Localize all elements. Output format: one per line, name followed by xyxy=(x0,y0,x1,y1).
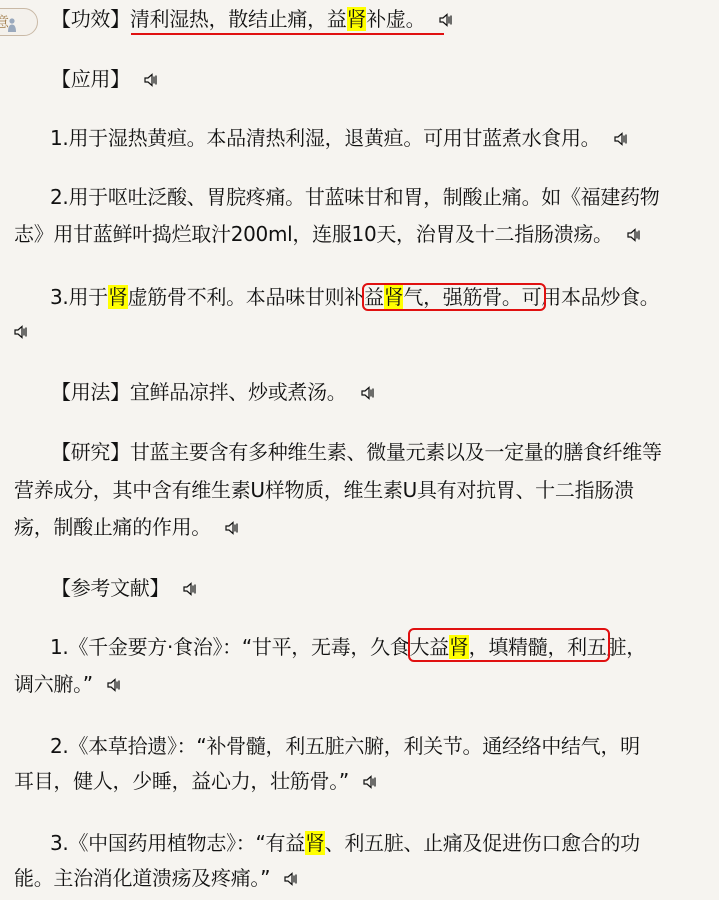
red-underline xyxy=(131,33,444,35)
application-item-2-line-1: 2.用于呕吐泛酸、胃脘疼痛。甘蓝味甘和胃，制酸止痛。如《福建药物 xyxy=(50,183,659,211)
application-item-3: 3.用于肾虚筋骨不利。本品味甘则补益肾气，强筋骨。可用本品炒食。 xyxy=(50,283,660,311)
speaker-icon[interactable] xyxy=(14,325,28,339)
section-yongfa: 【用法】宜鲜品凉拌、炒或煮汤。 xyxy=(51,378,375,406)
speaker-icon[interactable] xyxy=(284,872,298,886)
item-text: 1.用于湿热黄疸。本品清热利湿，退黄疸。可用甘蓝煮水食用。 xyxy=(50,126,600,150)
reference-3-line-2: 能。主治消化道溃疡及疼痛。” xyxy=(14,864,298,892)
speaker-icon[interactable] xyxy=(361,386,375,400)
gongxiao-text-post: 补虚。 xyxy=(366,7,425,31)
section-label: 【应用】 xyxy=(51,67,130,91)
item-text-mid: 虚筋骨不利。本品味甘则 xyxy=(128,285,345,309)
ref-text-post: 、利五脏、止痛及促进伤口愈合的功 xyxy=(325,831,640,855)
section-text: 甘蓝主要含有多种维生素、微量元素以及一定量的膳食纤维等 xyxy=(130,440,662,464)
speaker-icon[interactable] xyxy=(225,521,239,535)
item-text: 2.用于呕吐泛酸、胃脘疼痛。甘蓝味甘和胃，制酸止痛。如《福建药物 xyxy=(50,185,659,209)
speaker-icon[interactable] xyxy=(144,73,158,87)
reference-3-line-1: 3.《中国药用植物志》：“有益肾、利五脏、止痛及促进伤口愈合的功 xyxy=(50,829,640,857)
ref-text-pre: 1.《千金要方·食治》：“甘平，无毒， xyxy=(50,635,370,659)
ref-text-pre: 3.《中国药用植物志》：“有益 xyxy=(50,831,305,855)
section-gongxiao: 【功效】清利湿热，散结止痛，益肾补虚。 xyxy=(51,5,453,33)
section-text: 营养成分，其中含有维生素U样物质，维生素U具有对抗胃、十二指肠溃 xyxy=(14,478,634,502)
reference-2-line-2: 耳目，健人，少睡，益心力，壮筋骨。” xyxy=(14,767,377,795)
ref-text: 耳目，健人，少睡，益心力，壮筋骨。” xyxy=(14,769,349,793)
section-yingyong: 【应用】 xyxy=(51,65,158,93)
red-annotation-box xyxy=(408,628,610,662)
ref-text: 能。主治消化道溃疡及疼痛。” xyxy=(14,866,270,890)
speaker-icon[interactable] xyxy=(107,678,121,692)
reference-2-line-1: 2.《本草拾遗》：“补骨髓，利五脏六腑，利关节。通经络中结气，明 xyxy=(50,732,640,760)
application-item-2-line-2: 志》用甘蓝鲜叶捣烂取汁200ml，连服10天，治胃及十二指肠溃疡。 xyxy=(14,220,641,248)
application-item-1: 1.用于湿热黄疸。本品清热利湿，退黄疸。可用甘蓝煮水食用。 xyxy=(50,124,628,152)
speaker-icon[interactable] xyxy=(614,132,628,146)
speaker-icon[interactable] xyxy=(439,13,453,27)
speaker-icon[interactable] xyxy=(363,775,377,789)
section-label: 【研究】 xyxy=(51,440,130,464)
item-text-pre: 3.用于 xyxy=(50,285,108,309)
section-yanjiu-line-3: 疡，制酸止痛的作用。 xyxy=(14,513,239,541)
reference-1-line-2: 调六腑。” xyxy=(14,670,121,698)
speaker-icon[interactable] xyxy=(627,228,641,242)
section-label: 【功效】 xyxy=(51,7,130,31)
section-text: 疡，制酸止痛的作用。 xyxy=(14,515,211,539)
toolbar-pill[interactable]: 意 xyxy=(0,8,38,36)
ref-text: 2.《本草拾遗》：“补骨髓，利五脏六腑，利关节。通经络中结气，明 xyxy=(50,734,640,758)
speaker-icon[interactable] xyxy=(183,582,197,596)
section-yanjiu-line-2: 营养成分，其中含有维生素U样物质，维生素U具有对抗胃、十二指肠溃 xyxy=(14,476,634,504)
highlight-shen: 肾 xyxy=(305,831,325,855)
highlight-shen: 肾 xyxy=(347,7,367,31)
section-label: 【用法】 xyxy=(51,380,130,404)
highlight-shen: 肾 xyxy=(108,285,128,309)
red-annotation-box xyxy=(362,283,546,311)
section-label: 【参考文献】 xyxy=(51,576,169,600)
ref-text: 调六腑。” xyxy=(14,672,93,696)
person-icon[interactable] xyxy=(6,14,18,30)
item-text: 志》用甘蓝鲜叶捣烂取汁200ml，连服10天，治胃及十二指肠溃疡。 xyxy=(14,222,613,246)
section-text: 宜鲜品凉拌、炒或煮汤。 xyxy=(130,380,347,404)
section-cankao: 【参考文献】 xyxy=(51,574,197,602)
section-yanjiu-line-1: 【研究】甘蓝主要含有多种维生素、微量元素以及一定量的膳食纤维等 xyxy=(51,438,662,466)
gongxiao-text-pre: 清利湿热，散结止痛，益 xyxy=(130,7,347,31)
